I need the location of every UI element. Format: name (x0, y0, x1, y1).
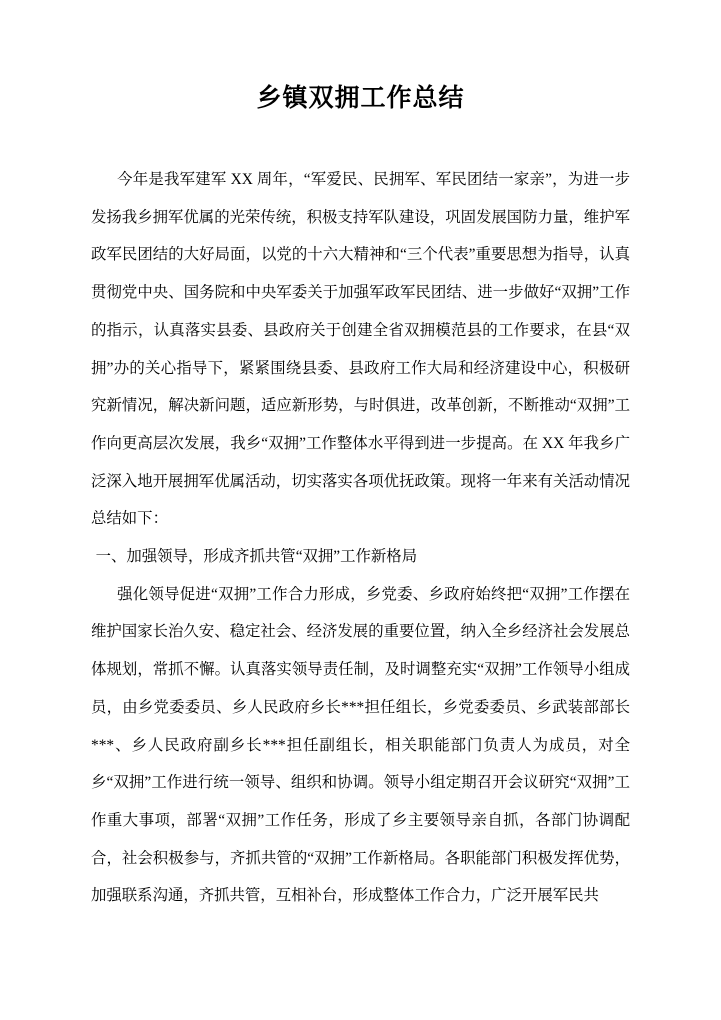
document-body: 今年是我军建军 XX 周年，“军爱民、民拥军、军民团结一家亲”，为进一步发扬我乡… (91, 161, 630, 915)
section-heading-1: 一、加强领导，形成齐抓共管“双拥”工作新格局 (91, 538, 630, 576)
document-page: 乡镇双拥工作总结 今年是我军建军 XX 周年，“军爱民、民拥军、军民团结一家亲”… (0, 0, 721, 1020)
paragraph-intro: 今年是我军建军 XX 周年，“军爱民、民拥军、军民团结一家亲”，为进一步发扬我乡… (91, 161, 630, 538)
paragraph-section-1-body: 强化领导促进“双拥”工作合力形成，乡党委、乡政府始终把“双拥”工作摆在维护国家长… (91, 576, 630, 915)
document-title: 乡镇双拥工作总结 (0, 82, 721, 116)
